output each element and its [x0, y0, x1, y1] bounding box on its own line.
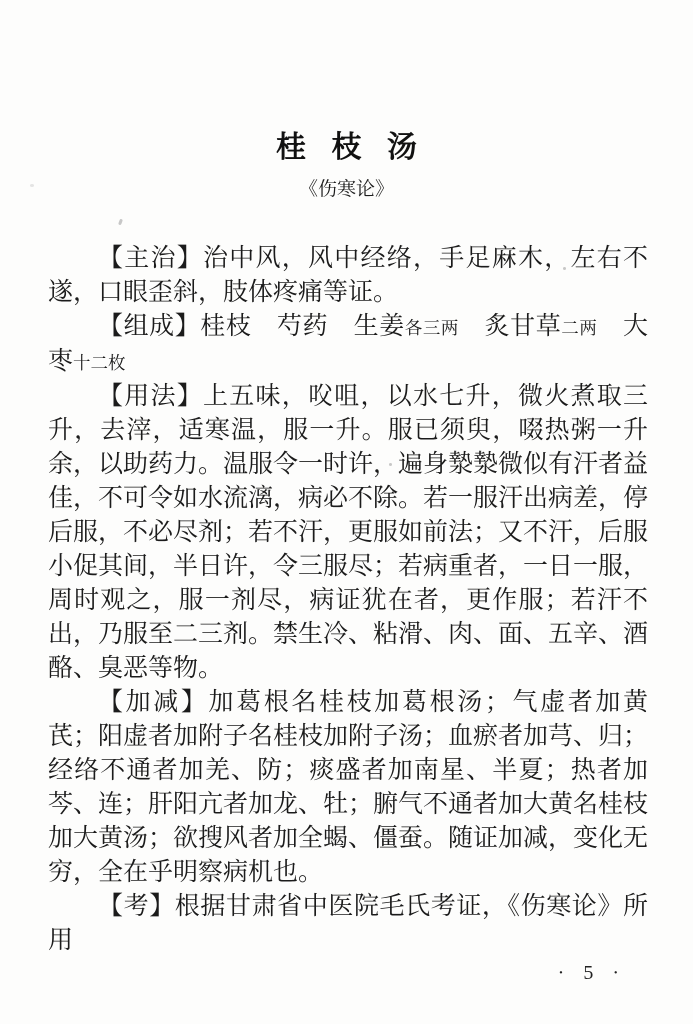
section-label-modifications: 【加减】: [98, 689, 209, 716]
section-label-textual-research: 【考】: [98, 893, 175, 920]
section-text-usage: 上五味，㕮咀，以水七升，微火煮取三升，去滓，适寒温，服一升。服已须臾，啜热粥一升…: [48, 383, 648, 682]
section-text-modifications: 加葛根名桂枝加葛根汤；气虚者加黄芪；阳虚者加附子名桂枝加附子汤；血瘀者加芎、归；…: [48, 689, 648, 886]
paragraph-indications: 【主治】治中风，风中经络，手足麻木，左右不遂，口眼歪斜，肢体疼痛等证。: [48, 242, 648, 310]
section-label-indications: 【主治】: [98, 245, 203, 272]
composition-herbs: 炙甘草: [459, 313, 561, 340]
paragraph-modifications: 【加减】加葛根名桂枝加葛根汤；气虚者加黄芪；阳虚者加附子名桂枝加附子汤；血瘀者加…: [48, 686, 648, 890]
scan-artifact: [389, 463, 392, 466]
scan-artifact: [118, 219, 123, 226]
scan-artifact: [30, 184, 34, 187]
composition-herbs: 桂枝 芍药 生姜: [200, 313, 405, 340]
page-number: · 5 ·: [48, 962, 648, 985]
paragraph-usage: 【用法】上五味，㕮咀，以水七升，微火煮取三升，去滓，适寒温，服一升。服已须臾，啜…: [48, 380, 648, 686]
composition-dose: 十二枚: [73, 353, 126, 373]
scan-artifact: [563, 267, 566, 270]
paragraph-composition: 【组成】桂枝 芍药 生姜各三两 炙甘草二两 大枣十二枚: [48, 310, 648, 380]
composition-dose: 各三两: [405, 318, 459, 338]
page-title: 桂枝汤: [0, 130, 693, 166]
source-book-title: 《伤寒论》: [0, 178, 693, 202]
book-page: 桂枝汤 《伤寒论》 【主治】治中风，风中经络，手足麻木，左右不遂，口眼歪斜，肢体…: [0, 0, 693, 1024]
section-label-composition: 【组成】: [98, 313, 200, 340]
paragraph-textual-research: 【考】根据甘肃省中医院毛氏考证，《伤寒论》所用: [48, 890, 648, 958]
composition-dose: 二两: [561, 318, 597, 338]
body-text: 【主治】治中风，风中经络，手足麻木，左右不遂，口眼歪斜，肢体疼痛等证。 【组成】…: [48, 242, 648, 958]
section-label-usage: 【用法】: [98, 383, 203, 410]
